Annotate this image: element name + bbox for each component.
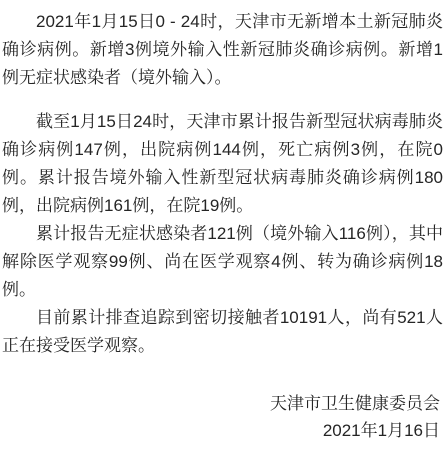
paragraph-cumulative-confirmed: 截至1月15日24时，天津市累计报告新型冠状病毒肺炎确诊病例147例，出院病例1… [2,108,443,220]
announcement-document: 2021年1月15日0 - 24时，天津市无新增本土新冠肺炎确诊病例。新增3例境… [0,0,445,469]
paragraph-asymptomatic: 累计报告无症状感染者121例（境外输入116例），其中解除医学观察99例、尚在医… [2,220,443,304]
signature-date: 2021年1月16日 [2,417,440,444]
signature-block: 天津市卫生健康委员会 2021年1月16日 [2,390,443,444]
signature-organization: 天津市卫生健康委员会 [2,390,440,417]
paragraph-close-contacts: 目前累计排查追踪到密切接触者10191人，尚有521人正在接受医学观察。 [2,304,443,360]
paragraph-new-cases: 2021年1月15日0 - 24时，天津市无新增本土新冠肺炎确诊病例。新增3例境… [2,8,443,92]
